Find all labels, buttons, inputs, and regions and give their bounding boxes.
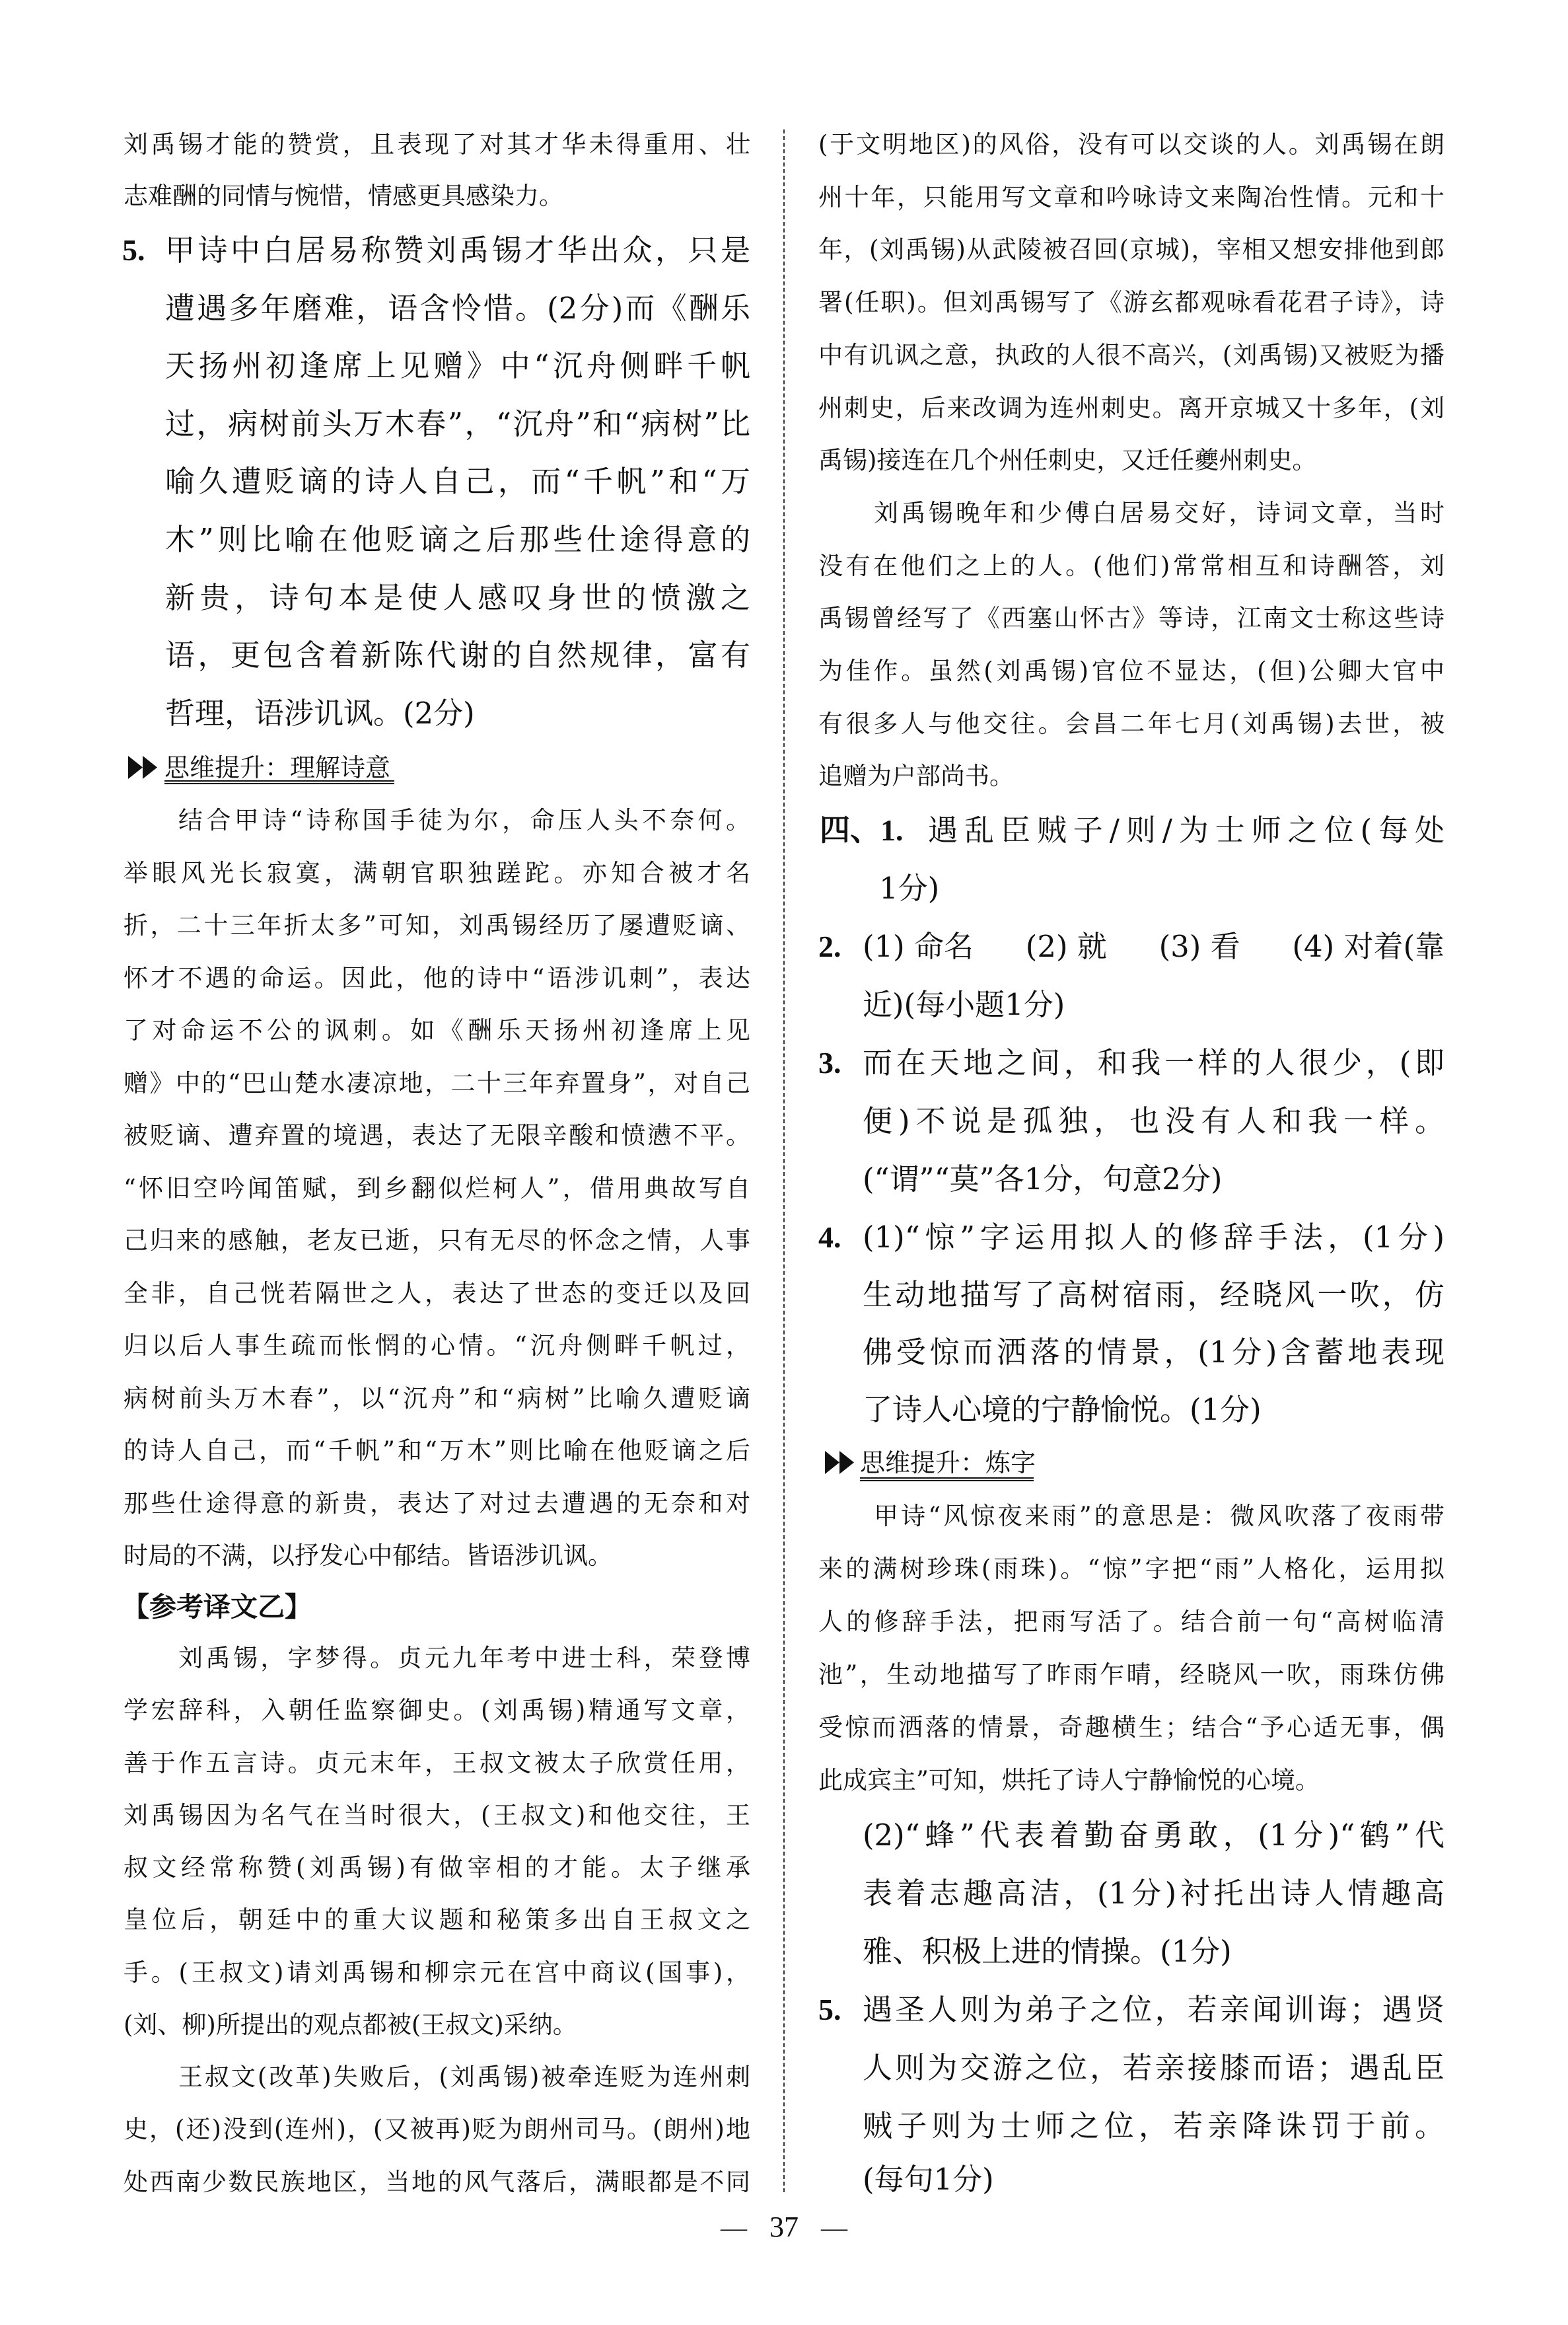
- answer-line: 而在天地之间，和我一样的人很少，(即: [863, 1043, 1444, 1083]
- double-underline: [164, 780, 394, 784]
- answer-item: (2) 就: [1026, 927, 1107, 967]
- answer-line: 贼子则为士师之位，若亲降诛罚于前。: [863, 2106, 1444, 2146]
- text-line: 那些仕途得意的新贵，表达了对过去遭遇的无奈和对: [124, 1484, 750, 1524]
- text-line: 全非，自己恍若隔世之人，表达了世态的变迁以及回: [124, 1274, 750, 1313]
- text-line: 结合甲诗“诗称国手徒为尔，命压人头不奈何。: [124, 801, 750, 840]
- answer-line: 雅、积极上进的情操。(1分): [863, 1932, 1444, 1972]
- page-number-footer: —37—: [0, 2207, 1568, 2247]
- text-line: 的诗人自己，而“千帆”和“万木”则比喻在他贬谪之后: [124, 1431, 750, 1471]
- answer-line: 哲理，语涉讥讽。(2分): [165, 694, 750, 733]
- text-line: (于文明地区)的风俗，没有可以交谈的人。刘禹锡在朗: [818, 125, 1444, 165]
- text-line: 禹锡曾经写了《西塞山怀古》等诗，江南文士称这些诗: [818, 599, 1444, 638]
- text-line: 怀才不遇的命运。因此，他的诗中“语涉讥刺”，表达: [124, 959, 750, 998]
- text-line: 刘禹锡因为名气在当时很大，(王叔文)和他交往，王: [124, 1796, 750, 1835]
- page-number: 37: [769, 2211, 799, 2243]
- text-line: 中有讥讽之意，执政的人很不高兴，(刘禹锡)又被贬为播: [818, 336, 1444, 375]
- double-triangle-right-icon: [128, 756, 157, 779]
- text-line: 为佳作。虽然(刘禹锡)官位不显达，(但)公卿大官中: [818, 651, 1444, 691]
- tip-title: 思维提升：炼字: [860, 1443, 1036, 1483]
- question-number-4: 4.: [818, 1218, 841, 1257]
- question-number-5: 5.: [122, 231, 145, 270]
- question-number-5: 5.: [818, 1990, 841, 2030]
- question-number-2: 2.: [818, 927, 841, 967]
- text-line: 甲诗“风惊夜来雨”的意思是：微风吹落了夜雨带: [818, 1496, 1444, 1536]
- text-line: 州十年，只能用写文章和吟咏诗文来陶冶性情。元和十: [818, 178, 1444, 217]
- text-line: 受惊而洒落的情景，奇趣横生；结合“予心适无事，偶: [818, 1708, 1444, 1748]
- answer-line: 天扬州初逢席上见赠》中“沉舟侧畔千帆: [165, 346, 750, 386]
- text-line: 有很多人与他交往。会昌二年七月(刘禹锡)去世，被: [818, 704, 1444, 744]
- left-column: 刘禹锡才能的赞赏，且表现了对其才华未得重用、壮 志难酬的同情与惋惜，情感更具感染…: [124, 0, 750, 2325]
- answer-line: 人则为交游之位，若亲接膝而语；遇乱臣: [863, 2048, 1444, 2088]
- text-line: (刘、柳)所提出的观点都被(王叔文)采纳。: [124, 2005, 750, 2045]
- answer-line: 遭遇多年磨难，语含怜惜。(2分)而《酬乐: [165, 289, 750, 328]
- answer-line: 生动地描写了高树宿雨，经晓风一吹，仿: [863, 1275, 1444, 1315]
- text-line: 史，(还)没到(连州)，(又被再)贬为朗州司马。(朗州)地: [124, 2110, 750, 2149]
- question-number-4-1: 四、1.: [820, 811, 904, 850]
- text-line: 时局的不满，以抒发心中郁结。皆语涉讥讽。: [124, 1536, 750, 1576]
- text-line: 池”，生动地描写了昨雨乍晴，经晓风一吹，雨珠仿佛: [818, 1655, 1444, 1695]
- text-line: “怀旧空吟闻笛赋，到乡翻似烂柯人”，借用典故写自: [124, 1169, 750, 1208]
- answer-line: 表着志趣高洁，(1分)衬托出诗人情趣高: [863, 1874, 1444, 1913]
- answer-line: 佛受惊而洒落的情景，(1分)含蓄地表现: [863, 1333, 1444, 1372]
- text-line: 归以后人事生疏而怅惘的心情。“沉舟侧畔千帆过，: [124, 1326, 750, 1366]
- text-line: 禹锡)接连在几个州任刺史，又迁任夔州刺史。: [818, 441, 1444, 480]
- text-line: 手。(王叔文)请刘禹锡和柳宗元在宫中商议(国事)，: [124, 1953, 750, 1993]
- answer-line: 甲诗中白居易称赞刘禹锡才华出众，只是: [165, 231, 750, 270]
- text-line: 赠》中的“巴山楚水凄凉地，二十三年弃置身”，对自己: [124, 1064, 750, 1103]
- answer-line: 遇乱臣贼子/则/为士师之位(每处: [928, 811, 1444, 850]
- text-line: 举眼风光长寂寞，满朝官职独蹉跎。亦知合被才名: [124, 854, 750, 893]
- text-line: 病树前头万木春”，以“沉舟”和“病树”比喻久遭贬谪: [124, 1379, 750, 1419]
- text-line: 州刺史，后来改调为连州刺史。离开京城又十多年，(刘: [818, 388, 1444, 428]
- answer-line: 1分): [879, 869, 1444, 908]
- text-line: 己归来的感触，老友已逝，只有无尽的怀念之情，人事: [124, 1221, 750, 1261]
- text-line: 志难酬的同情与惋惜，情感更具感染力。: [124, 176, 750, 216]
- answer-line: 喻久遭贬谪的诗人自己，而“千帆”和“万: [165, 462, 750, 501]
- text-line: 折，二十三年折太多”可知，刘禹锡经历了屡遭贬谪、: [124, 906, 750, 945]
- text-line: 被贬谪、遭弃置的境遇，表达了无限辛酸和愤懑不平。: [124, 1116, 750, 1156]
- tip-header-word-refining: 思维提升：炼字: [818, 1443, 1444, 1483]
- answer-line: 近)(每小题1分): [863, 985, 1444, 1025]
- question-number-3: 3.: [818, 1043, 841, 1083]
- double-triangle-right-icon: [825, 1451, 854, 1474]
- text-line: 处西南少数民族地区，当地的风气落后，满眼都是不同: [124, 2162, 750, 2202]
- answer-line: 便)不说是孤独，也没有人和我一样。: [863, 1101, 1444, 1141]
- answer-line: 遇圣人则为弟子之位，若亲闻训诲；遇贤: [863, 1990, 1444, 2030]
- right-column: (于文明地区)的风俗，没有可以交谈的人。刘禹锡在朗 州十年，只能用写文章和吟咏诗…: [818, 0, 1444, 2325]
- answer-line: (2)“蜂”代表着勤奋勇敢，(1分)“鹤”代: [863, 1816, 1444, 1855]
- text-line: 王叔文(改革)失败后，(刘禹锡)被牵连贬为连州刺: [124, 2057, 750, 2097]
- text-line: 人的修辞手法，把雨写活了。结合前一句“高树临清: [818, 1602, 1444, 1642]
- text-line: 皇位后，朝廷中的重大议题和秘策多出自王叔文之: [124, 1900, 750, 1940]
- answer-item: (3) 看: [1159, 927, 1240, 967]
- answer-line: (1)“惊”字运用拟人的修辞手法，(1分): [863, 1218, 1444, 1257]
- text-line: 刘禹锡，字梦得。贞元九年考中进士科，荣登博: [124, 1639, 750, 1678]
- double-underline: [860, 1477, 1034, 1481]
- column-divider: [783, 129, 785, 2192]
- answer-line: 语，更包含着新陈代谢的自然规律，富有: [165, 636, 750, 675]
- text-line: 署(任职)。但刘禹锡写了《游玄都观咏看花君子诗》，诗: [818, 283, 1444, 322]
- answer-item: (4) 对着(靠: [1292, 927, 1444, 967]
- page-number-dash-right: —: [821, 2208, 847, 2248]
- answer-items-row: (1) 命名 (2) 就 (3) 看 (4) 对着(靠: [863, 927, 1444, 967]
- text-line: 没有在他们之上的人。(他们)常常相互和诗酬答，刘: [818, 546, 1444, 586]
- text-line: 善于作五言诗。贞元末年，王叔文被太子欣赏任用，: [124, 1744, 750, 1783]
- text-line: 此成宾主”可知，烘托了诗人宁静愉悦的心境。: [818, 1761, 1444, 1800]
- section-title-translation: 【参考译文乙】: [122, 1587, 750, 1627]
- page-number-dash-left: —: [721, 2208, 747, 2248]
- text-line: 刘禹锡才能的赞赏，且表现了对其才华未得重用、壮: [124, 125, 750, 165]
- text-line: 叔文经常称赞(刘禹锡)有做宰相的才能。太子继承: [124, 1848, 750, 1888]
- text-line: 年，(刘禹锡)从武陵被召回(京城)，宰相又想安排他到郎: [818, 230, 1444, 270]
- answer-line: 新贵，诗句本是使人感叹身世的愤激之: [165, 578, 750, 618]
- answer-line: 木”则比喻在他贬谪之后那些仕途得意的: [165, 520, 750, 560]
- tip-header-understand-poem: 思维提升：理解诗意: [124, 748, 750, 788]
- answer-line: (“谓”“莫”各1分，句意2分): [863, 1160, 1444, 1199]
- answer-line: 了诗人心境的宁静愉悦。(1分): [863, 1390, 1444, 1430]
- text-line: 刘禹锡晚年和少傅白居易交好，诗词文章，当时: [818, 494, 1444, 533]
- text-line: 了对命运不公的讽刺。如《酬乐天扬州初逢席上见: [124, 1011, 750, 1051]
- answer-line: 过，病树前头万木春”，“沉舟”和“病树”比: [165, 404, 750, 444]
- text-line: 追赠为户部尚书。: [818, 757, 1444, 796]
- answer-line: (每句1分): [863, 2160, 1444, 2199]
- text-line: 来的满树珍珠(雨珠)。“惊”字把“雨”人格化，运用拟: [818, 1549, 1444, 1589]
- answer-item: (1) 命名: [863, 927, 974, 967]
- text-line: 学宏辞科，入朝任监察御史。(刘禹锡)精通写文章，: [124, 1691, 750, 1730]
